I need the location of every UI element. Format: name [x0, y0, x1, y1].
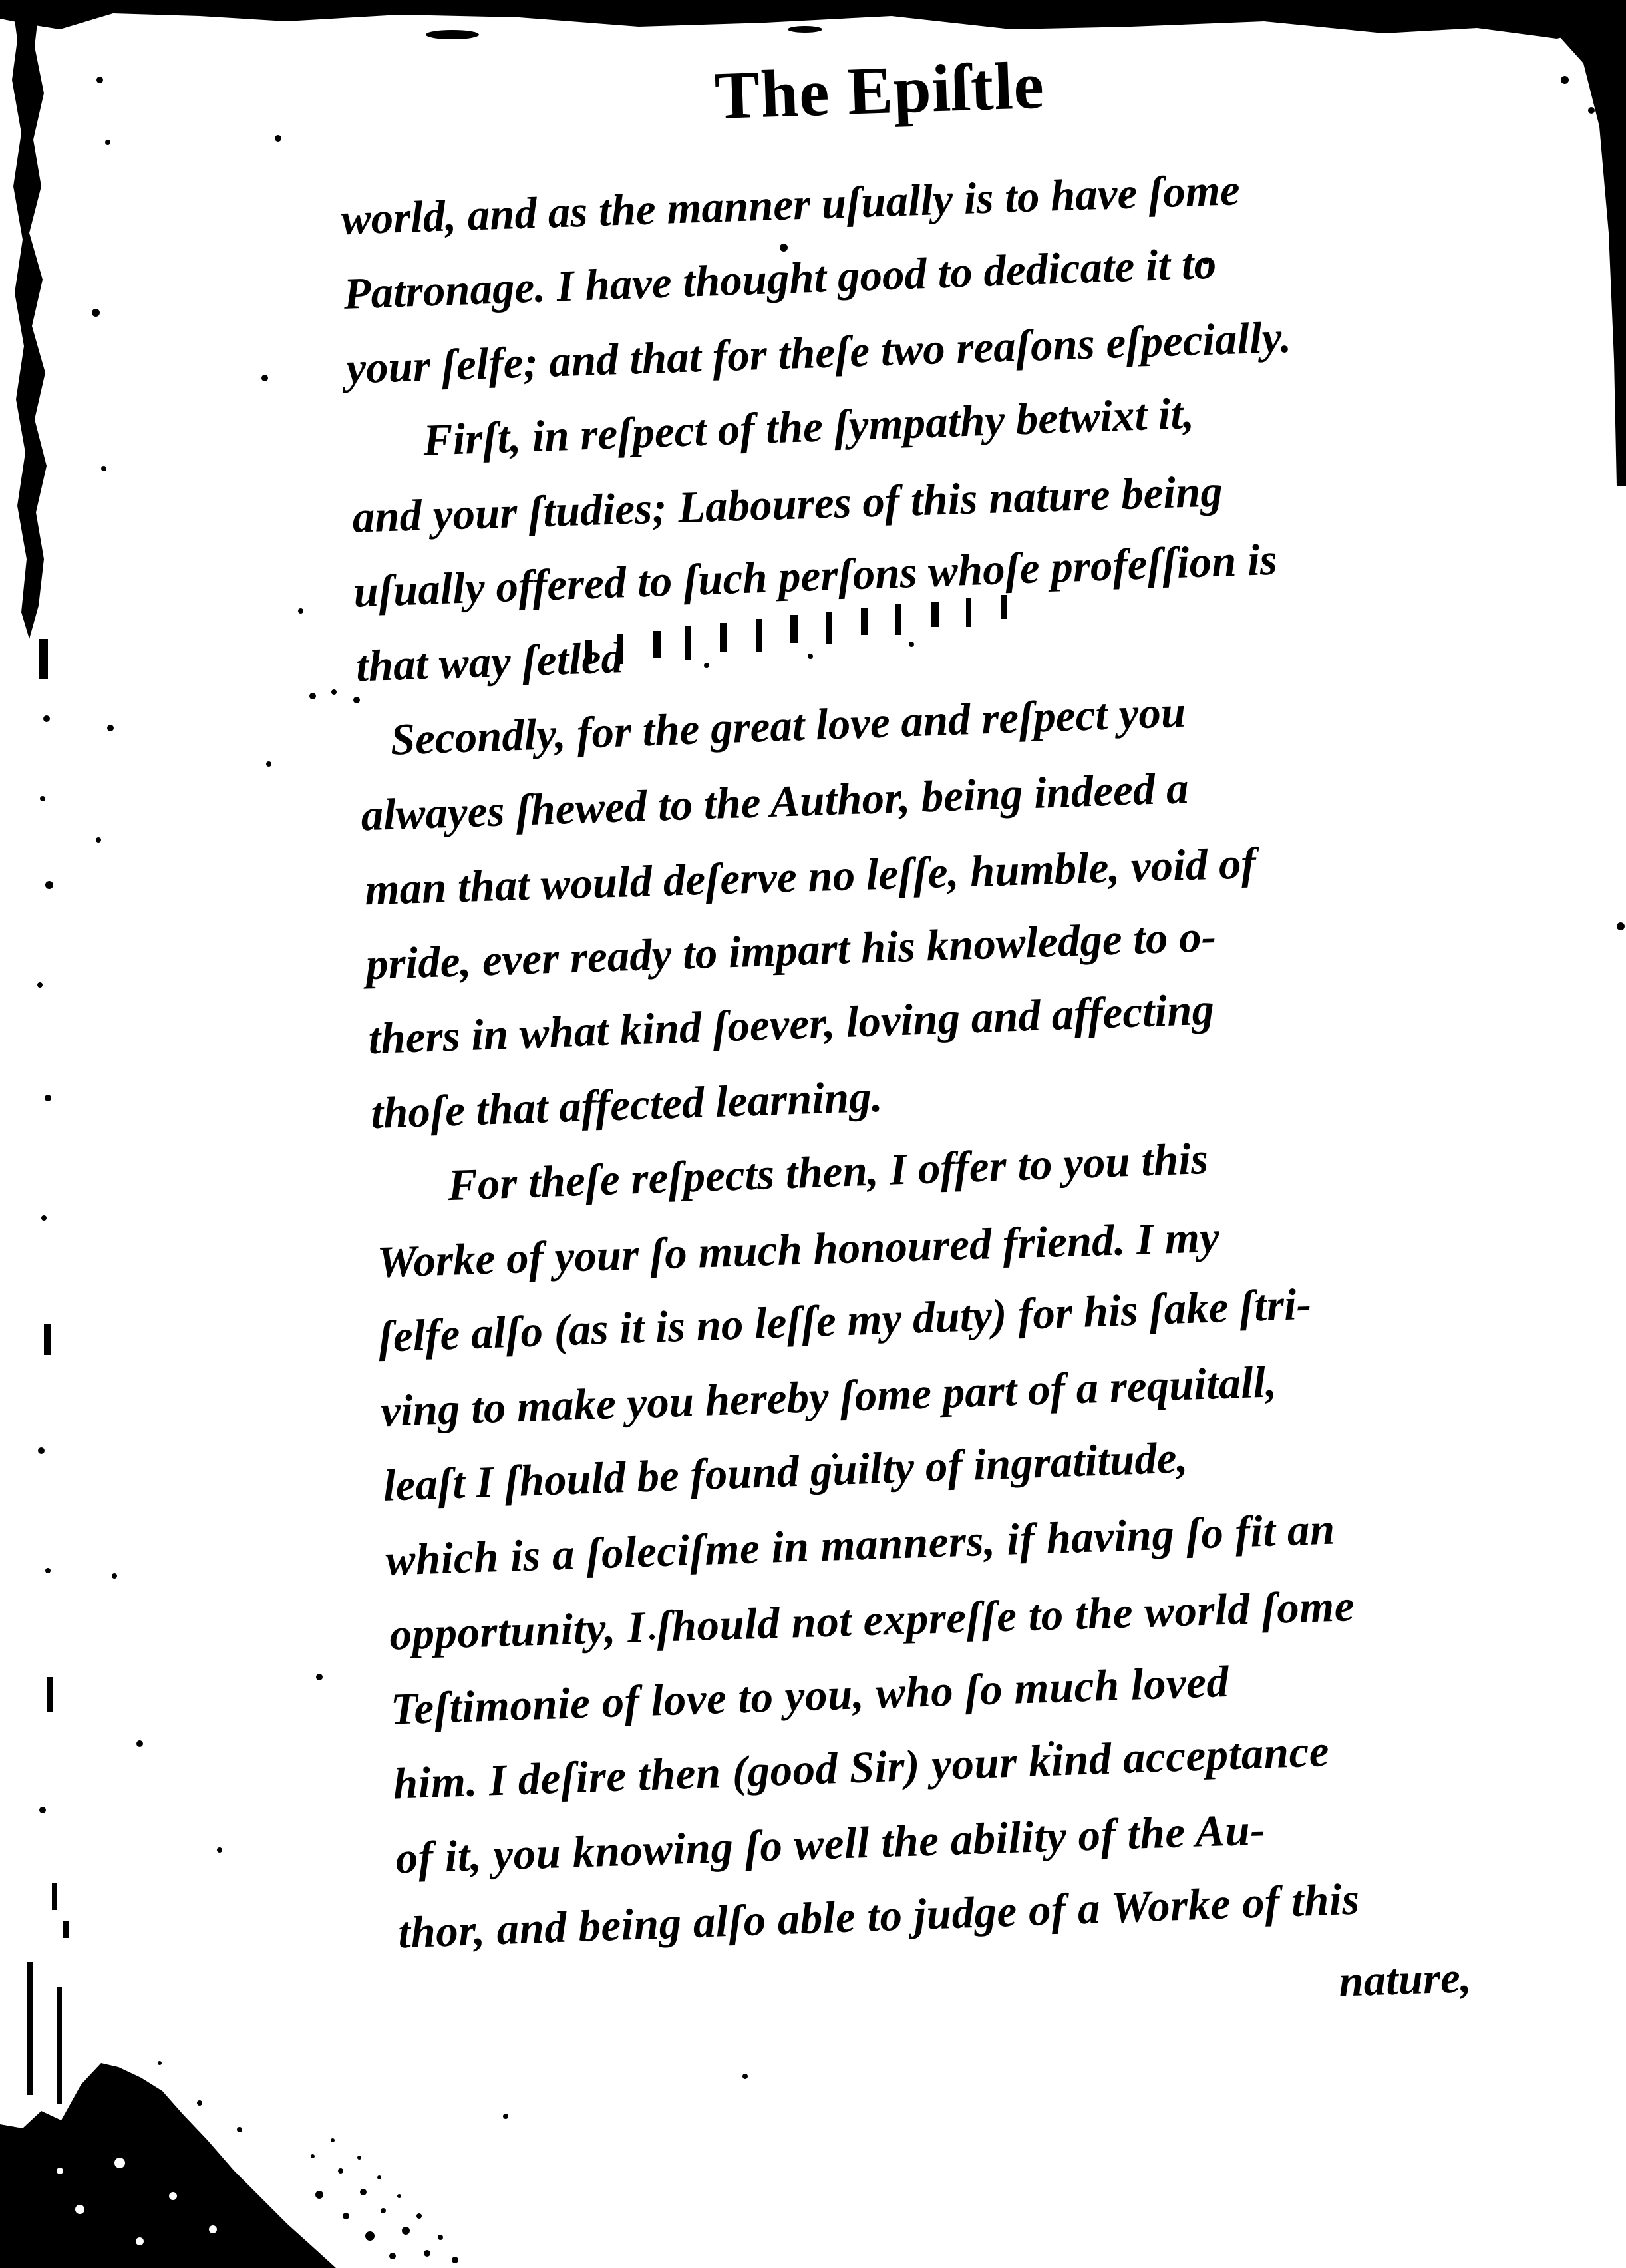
ink-blot-bottom-left: [0, 1921, 458, 2268]
scan-edge-right: [1554, 0, 1626, 930]
text-block: The Epiſtle world, and as the manner uſu…: [336, 34, 1485, 2038]
body-text: world, and as the manner uſually is to h…: [340, 146, 1483, 1971]
scanned-book-page: The Epiſtle world, and as the manner uſu…: [0, 0, 1626, 2268]
scan-edge-top: [0, 0, 1626, 39]
binding-shadow-left: [12, 0, 117, 1910]
